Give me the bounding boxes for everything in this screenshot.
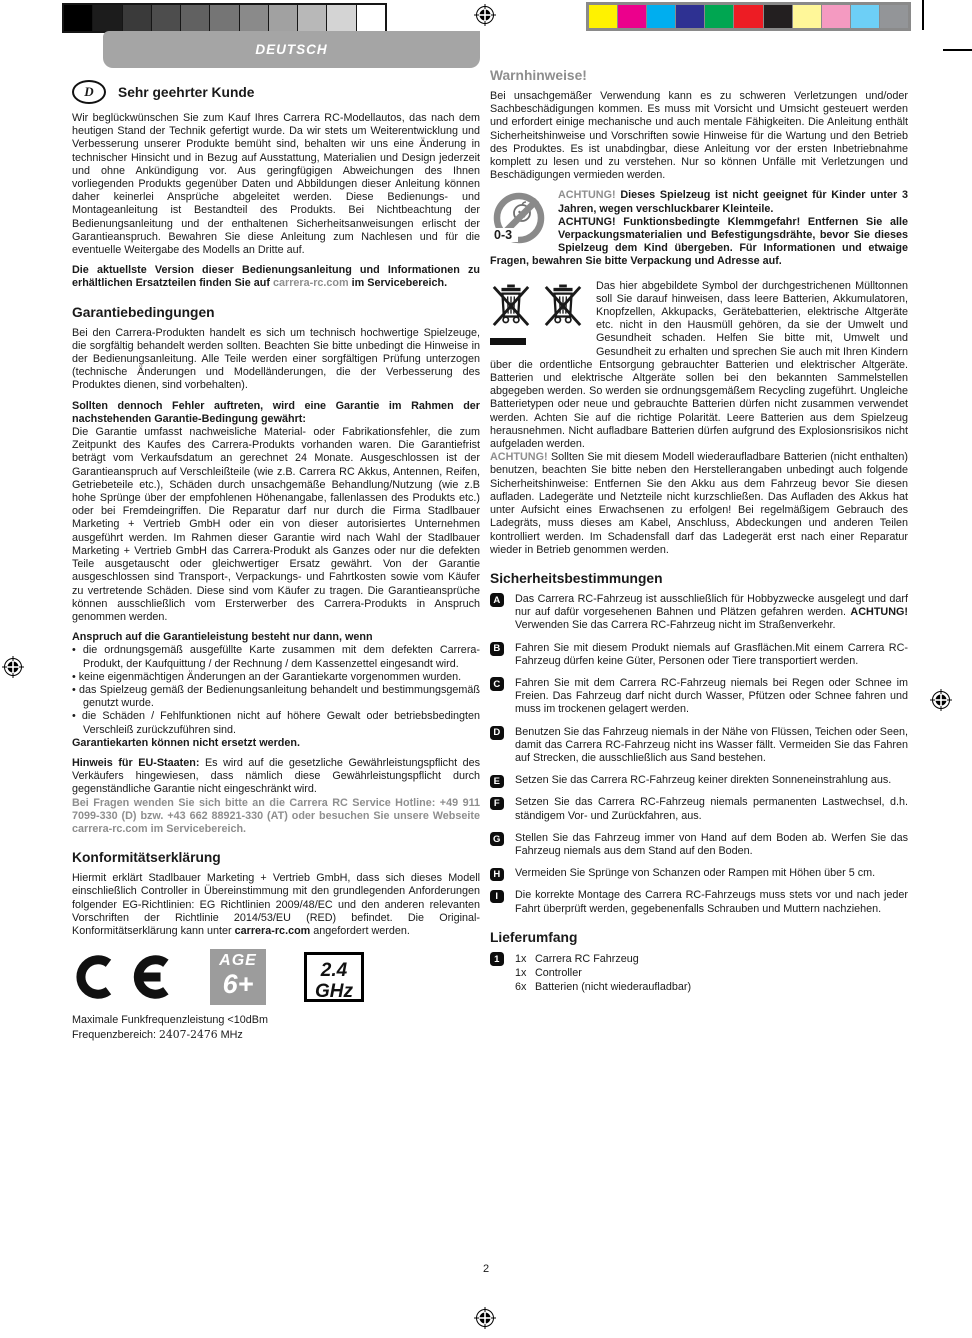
safety-text: Die korrekte Montage des Carrera RC-Fahr… [515,889,908,915]
certification-badges: AGE 6+ 2.4 GHz [72,948,480,1006]
achtung-label: ACHTUNG! [558,189,616,201]
safety-item: B Fahren Sie mit diesem Produkt niemals … [490,642,908,668]
safety-letter-badge: I [490,890,504,904]
frequency-2-4ghz-icon: 2.4 GHz [304,952,364,1002]
calibration-swatch [822,5,850,28]
frequency-unit: MHz [218,1029,243,1041]
safety-letter-badge: D [490,726,504,740]
safety-text: Fahren Sie mit diesem Produkt niemals au… [515,642,908,668]
warranty-intro: Bei den Carrera-Produkten handelt es sic… [72,327,480,393]
delivery-name: Batterien (nicht wiederaufladbar) [535,981,691,993]
calibration-swatch [152,5,180,31]
safety-item: F Setzen Sie das Carrera RC-Fahrzeug nie… [490,796,908,822]
safety-text: Stellen Sie das Fahrzeug immer von Hand … [515,832,908,858]
warranty-grant-lead: Sollten dennoch Fehler auftreten, wird e… [72,400,480,426]
greeting-row: D Sehr geehrter Kunde [72,80,480,104]
website-link-text: carrera-rc.com [235,925,311,937]
color-calibration-bar [586,2,911,31]
safety-text: Setzen Sie das Carrera RC-Fahrzeug niema… [515,796,908,822]
age-label: AGE [210,953,266,969]
safety-letter-badge: A [490,593,504,607]
country-code-icon: D [72,80,106,104]
calibration-swatch [589,5,617,28]
eu-note: Hinweis für EU-Staaten: Es wird auf die … [72,757,480,797]
calibration-swatch [327,5,355,31]
delivery-name: Controller [535,967,582,979]
warranty-title: Garantiebedingungen [72,305,480,320]
safety-letter-badge: C [490,677,504,691]
safety-text: Vermeiden Sie Sprünge von Schanzen oder … [515,867,908,880]
rechargeable-text: Sollten Sie mit diesem Modell wiederaufl… [490,451,908,555]
ce-mark-icon [72,953,172,1001]
safety-text: Setzen Sie das Carrera RC-Fahrzeug keine… [515,774,908,787]
delivery-qty: 1x [515,952,535,966]
delivery-item: 6xBatterien (nicht wiederaufladbar) [515,980,908,994]
safety-letter-badge: B [490,642,504,656]
calibration-swatch [618,5,646,28]
frequency-label: Frequenzbereich: [72,1029,159,1041]
choking-text-2: ACHTUNG! Funktionsbedingte Klemmgefahr! … [490,216,908,268]
website-link-text: carrera-rc.com [273,277,349,289]
choking-warning-text: ACHTUNG! Dieses Spielzeug ist nicht geei… [490,189,908,268]
safety-title: Sicherheitsbestimmungen [490,571,908,586]
conformity-title: Konformitätserklärung [72,850,480,865]
calibration-swatch [647,5,675,28]
radio-power-line: Maximale Funkfrequenzleistung <10dBm [72,1014,480,1028]
right-column: Warnhinweise! Bei unsachgemäßer Verwendu… [490,68,908,994]
frequency-range: 2407-2476 [159,1028,218,1041]
conformity-body: Hiermit erklärt Stadlbauer Marketing + V… [72,872,480,938]
safety-item: I Die korrekte Montage des Carrera RC-Fa… [490,889,908,915]
age-range-label: 0-3 [494,228,512,242]
registration-mark-icon [474,1307,496,1329]
claim-lead: Anspruch auf die Garantieleistung besteh… [72,631,480,644]
achtung-label: ACHTUNG! [490,451,548,463]
safety-item: E Setzen Sie das Carrera RC-Fahrzeug kei… [490,774,908,787]
registration-mark-icon [930,689,952,711]
calibration-swatch [298,5,326,31]
calibration-swatch [123,5,151,31]
safety-letter-badge: G [490,832,504,846]
safety-item: D Benutzen Sie das Fahrzeug niemals in d… [490,726,908,766]
delivery-number-badge: 1 [490,952,504,966]
grayscale-calibration-bar [62,3,387,33]
delivery-item: 1xCarrera RC Fahrzeug [515,952,908,966]
calibration-swatch [705,5,733,28]
freq-unit: GHz [307,982,361,1001]
warnings-intro: Bei unsachgemäßer Verwendung kann es zu … [490,90,908,182]
claim-item: das Spielzeug gemäß der Bedienungsanleit… [72,684,480,710]
calibration-swatch [357,5,385,31]
calibration-swatch [793,5,821,28]
calibration-swatch [269,5,297,31]
claim-item: die Schäden / Fehlfunktionen nicht auf h… [72,710,480,736]
safety-item: A Das Carrera RC-Fahrzeug ist ausschließ… [490,593,908,633]
eu-note-label: Hinweis für EU-Staaten: [72,757,199,769]
safety-text: Benutzen Sie das Fahrzeug niemals in der… [515,726,908,766]
claim-item: keine eigenmächtigen Änderungen an der G… [72,671,480,684]
language-header-bar: DEUTSCH [103,31,480,68]
calibration-swatch [676,5,704,28]
radio-frequency-line: Frequenzbereich: 2407-2476 MHz [72,1028,480,1043]
warranty-grant-body: Die Garantie umfasst nachweisliche Mater… [72,426,480,624]
delivery-item: 1xController [515,966,908,980]
version-note: Die aktuellste Version dieser Bedienungs… [72,264,480,290]
left-column: D Sehr geehrter Kunde Wir beglückwünsche… [72,80,480,1042]
safety-text: Fahren Sie mit dem Carrera RC-Fahrzeug n… [515,677,908,717]
conformity-text-post: angefordert werden. [310,925,410,937]
calibration-swatch [64,5,92,31]
safety-item: H Vermeiden Sie Sprünge von Schanzen ode… [490,867,908,880]
language-label: DEUTSCH [255,42,327,57]
claim-list: die ordnungsgemäß ausgefüllte Karte zusa… [72,644,480,736]
claim-item: die ordnungsgemäß ausgefüllte Karte zusa… [72,644,480,670]
safety-item: C Fahren Sie mit dem Carrera RC-Fahrzeug… [490,677,908,717]
age-6plus-icon: AGE 6+ [210,949,266,1005]
safety-letter-badge: F [490,797,504,811]
crop-mark-vertical [922,0,924,30]
calibration-swatch [240,5,268,31]
delivery-qty: 1x [515,966,535,980]
calibration-swatch [734,5,762,28]
warnings-title: Warnhinweise! [490,68,908,83]
freq-value: 2.4 [307,961,361,980]
delivery-qty: 6x [515,980,535,994]
calibration-swatch [851,5,879,28]
calibration-swatch [210,5,238,31]
delivery-title: Lieferumfang [490,930,908,945]
disposal-block: Das hier abgebildete Symbol der durchges… [490,280,908,557]
disposal-icons [490,282,586,345]
age-value: 6+ [210,971,266,998]
delivery-name: Carrera RC Fahrzeug [535,953,639,965]
intro-paragraph: Wir beglückwünschen Sie zum Kauf Ihres C… [72,112,480,257]
crop-mark-horizontal [943,49,972,51]
not-for-under-3-icon: 0-3 [490,191,548,247]
safety-letter-badge: H [490,868,504,882]
choking-warning-block: 0-3 ACHTUNG! Dieses Spielzeug ist nicht … [490,189,908,275]
delivery-list: 1 1xCarrera RC Fahrzeug 1xController 6xB… [490,952,908,994]
page-number: 2 [0,1263,972,1275]
registration-mark-icon [474,4,496,26]
version-note-post: im Servicebereich. [349,277,447,289]
safety-text-bold: ACHTUNG! [850,606,908,618]
crossed-out-bin-icon [542,282,584,330]
manual-page: DEUTSCH D Sehr geehrter Kunde Wir beglüc… [0,0,972,1338]
safety-letter-badge: E [490,775,504,789]
calibration-swatch [880,5,908,28]
hotline-note: Bei Fragen wenden Sie sich bitte an die … [72,797,480,837]
cards-note: Garantiekarten können nicht ersetzt werd… [72,737,480,750]
calibration-swatch [764,5,792,28]
rechargeable-warning: ACHTUNG! Sollten Sie mit diesem Modell w… [490,451,908,557]
safety-item: G Stellen Sie das Fahrzeug immer von Han… [490,832,908,858]
bin-underline-bar-icon [490,338,526,345]
greeting-title: Sehr geehrter Kunde [118,85,254,100]
registration-mark-icon [2,656,24,678]
calibration-swatch [181,5,209,31]
crossed-out-bin-icon [490,282,532,330]
safety-text: Verwenden Sie das Carrera RC-Fahrzeug ni… [515,619,835,631]
calibration-swatch [93,5,121,31]
